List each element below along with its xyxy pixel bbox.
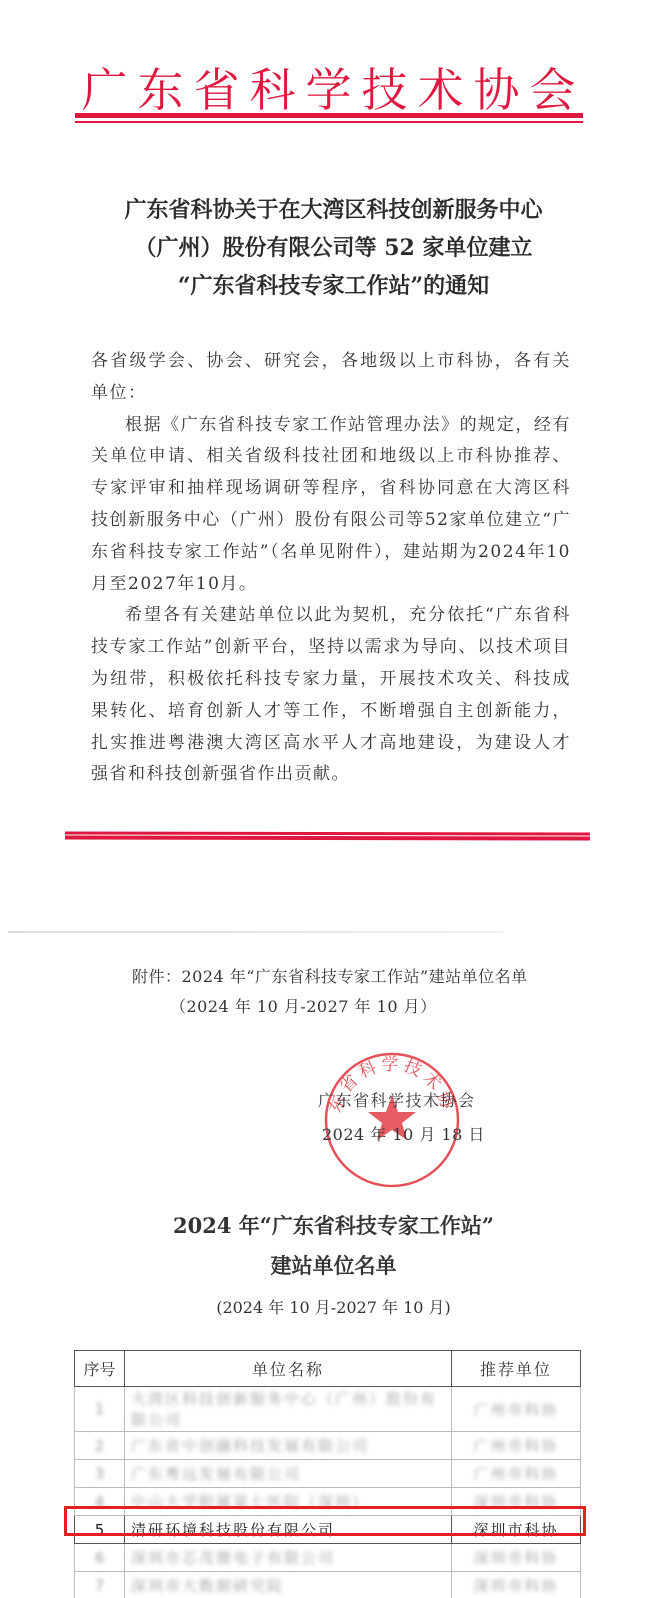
row-recommender: 深圳市科协 (452, 1572, 581, 1598)
row-no: 7 (75, 1572, 125, 1598)
row-no: 6 (75, 1544, 125, 1572)
salutation: 各省级学会、协会、研究会，各地级以上市科协，各有关单位： (91, 346, 571, 410)
row-no: 2 (75, 1432, 125, 1460)
letterhead-rule-thin (75, 121, 583, 123)
paragraph-2: 希望各有关建站单位以此为契机，充分依托“广东省科技专家工作站”创新平台，坚持以需… (91, 600, 571, 791)
signature-org: 广东省科学技术协会 (318, 1088, 476, 1114)
letterhead-rule-thick (75, 113, 583, 118)
notice-body: 各省级学会、协会、研究会，各地级以上市科协，各有关单位： 根据《广东省科技专家工… (91, 346, 571, 791)
row-name: 深圳市大数据研究院 (125, 1572, 452, 1598)
page-break-divider (8, 931, 503, 933)
footer-rule-thin (65, 832, 590, 835)
list-title: 2024 年“广东省科技专家工作站” 建站单位名单 (0, 1206, 667, 1286)
row-no: 1 (75, 1387, 125, 1432)
attachment-period: （2024 年 10 月-2027 年 10 月） (170, 992, 437, 1022)
footer-rule-thick (65, 836, 590, 841)
notice-title: 广东省科协关于在大湾区科技创新服务中心 （广州）股份有限公司等 52 家单位建立… (30, 191, 637, 305)
table-row: 3 广东粤远发展有限公司 广州市科协 (75, 1460, 581, 1488)
letterhead-org-name: 广东省科学技术协会 (0, 62, 667, 118)
table-row: 7 深圳市大数据研究院 深圳市科协 (75, 1572, 581, 1598)
row-name: 深圳市芯茂微电子有限公司 (125, 1544, 452, 1572)
notice-title-line-3: “广东省科技专家工作站”的通知 (30, 267, 637, 305)
header-no: 序号 (75, 1351, 125, 1387)
signature-date: 2024 年 10 月 18 日 (322, 1122, 485, 1148)
table-row: 6 深圳市芯茂微电子有限公司 深圳市科协 (75, 1544, 581, 1572)
row-name: 广东省中创融科技发展有限公司 (125, 1432, 452, 1460)
official-seal-icon: 东省科学技术协 (322, 1050, 462, 1190)
row-recommender: 深圳市科协 (452, 1544, 581, 1572)
highlight-box (64, 1506, 586, 1536)
notice-title-line-2: （广州）股份有限公司等 52 家单位建立 (30, 229, 637, 267)
table-row: 2 广东省中创融科技发展有限公司 广州市科协 (75, 1432, 581, 1460)
row-recommender: 广州市科协 (452, 1432, 581, 1460)
attachment-label: 附件：2024 年“广东省科技专家工作站”建站单位名单 (132, 962, 528, 992)
table-header-row: 序号 单位名称 推荐单位 (75, 1351, 581, 1387)
row-name: 广东粤远发展有限公司 (125, 1460, 452, 1488)
paragraph-1: 根据《广东省科技专家工作站管理办法》的规定，经有关单位申请、相关省级科技社团和地… (91, 410, 571, 601)
list-period: (2024 年 10 月-2027 年 10 月) (0, 1294, 667, 1322)
stations-table: 序号 单位名称 推荐单位 1 大湾区科技创新服务中心（广州）股份有限公司 广州市… (74, 1350, 581, 1598)
list-title-line-1: 2024 年“广东省科技专家工作站” (0, 1206, 667, 1246)
header-name: 单位名称 (125, 1351, 452, 1387)
row-name: 大湾区科技创新服务中心（广州）股份有限公司 (125, 1387, 452, 1432)
row-no: 3 (75, 1460, 125, 1488)
list-title-line-2: 建站单位名单 (0, 1246, 667, 1286)
notice-title-line-1: 广东省科协关于在大湾区科技创新服务中心 (30, 191, 637, 229)
row-recommender: 广州市科协 (452, 1387, 581, 1432)
header-recommender: 推荐单位 (452, 1351, 581, 1387)
row-recommender: 广州市科协 (452, 1460, 581, 1488)
table-row: 1 大湾区科技创新服务中心（广州）股份有限公司 广州市科协 (75, 1387, 581, 1432)
